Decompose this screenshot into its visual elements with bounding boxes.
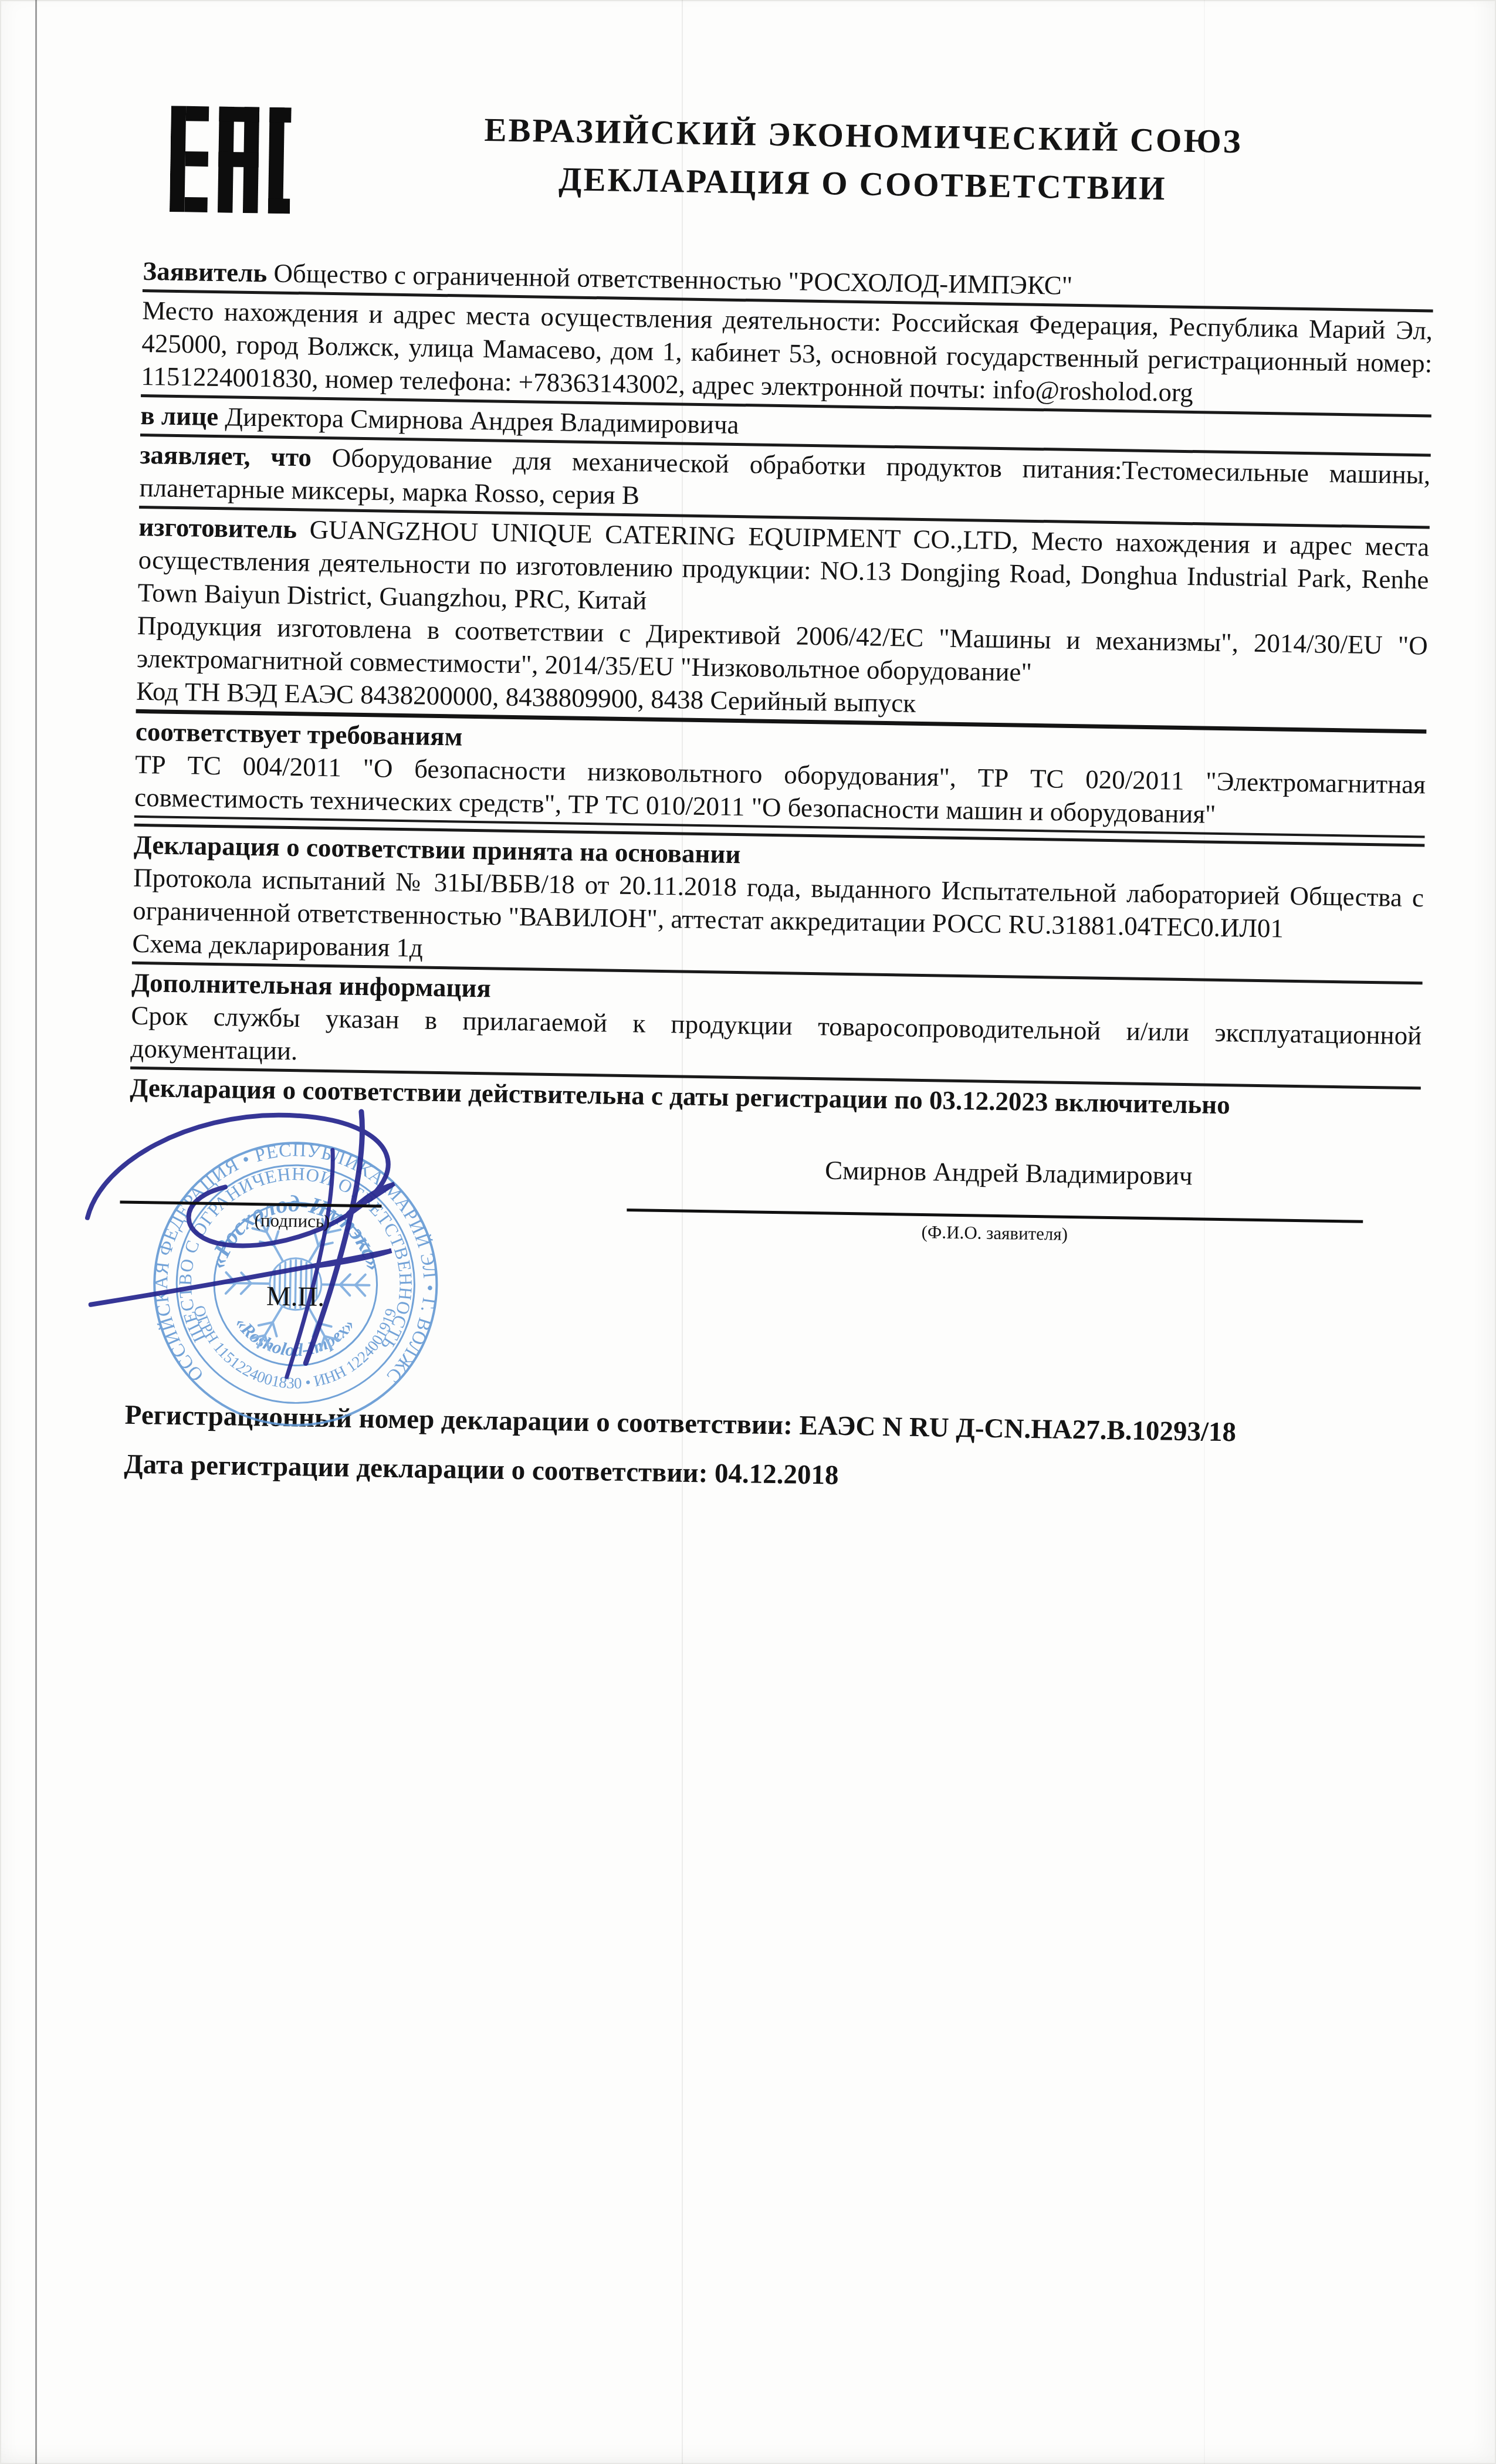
document-header: ЕВРАЗИЙСКИЙ ЭКОНОМИЧЕСКИЙ СОЮЗ ДЕКЛАРАЦИ… — [144, 100, 1436, 238]
address-row: Место нахождения и адрес места осуществл… — [141, 294, 1433, 413]
applicant-signatory-name: Смирнов Андрей Владимирович — [686, 1152, 1332, 1194]
registration-number-value: ЕАЭС N RU Д-CN.НА27.B.10293/18 — [799, 1410, 1236, 1448]
person-value: Директора Смирнова Андрея Владимировича — [225, 402, 739, 439]
manufacturer-block: изготовитель GUANGZHOU UNIQUE CATERING E… — [136, 510, 1430, 728]
manufacturer-row: изготовитель GUANGZHOU UNIQUE CATERING E… — [137, 510, 1429, 629]
scanned-declaration-page: ЕВРАЗИЙСКИЙ ЭКОНОМИЧЕСКИЙ СОЮЗ ДЕКЛАРАЦИ… — [0, 0, 1496, 2464]
declaration-document: ЕВРАЗИЙСКИЙ ЭКОНОМИЧЕСКИЙ СОЮЗ ДЕКЛАРАЦИ… — [124, 100, 1436, 1502]
stamp-place-label: М.П. — [266, 1280, 325, 1314]
applicant-label: Заявитель — [143, 256, 268, 287]
registration-date-value: 04.12.2018 — [715, 1458, 839, 1491]
manufacturer-label: изготовитель — [138, 512, 297, 544]
person-label: в лице — [140, 401, 218, 431]
registration-date-row: Дата регистрации декларации о соответств… — [124, 1447, 1415, 1502]
signature-area: РОССИЙСКАЯ ФЕДЕРАЦИЯ • РЕСПУБЛИКА МАРИЙ … — [126, 1104, 1420, 1401]
signature-caption: (подпись) — [239, 1209, 346, 1233]
handwritten-signature — [28, 1070, 573, 1419]
eac-mark-icon — [170, 100, 292, 219]
declares-label: заявляет, что — [140, 440, 312, 472]
manufacturer-value: GUANGZHOU UNIQUE CATERING EQUIPMENT CO.,… — [137, 515, 1429, 615]
document-title: ЕВРАЗИЙСКИЙ ЭКОНОМИЧЕСКИЙ СОЮЗ ДЕКЛАРАЦИ… — [290, 102, 1436, 218]
registration-date-label: Дата регистрации декларации о соответств… — [124, 1449, 708, 1489]
